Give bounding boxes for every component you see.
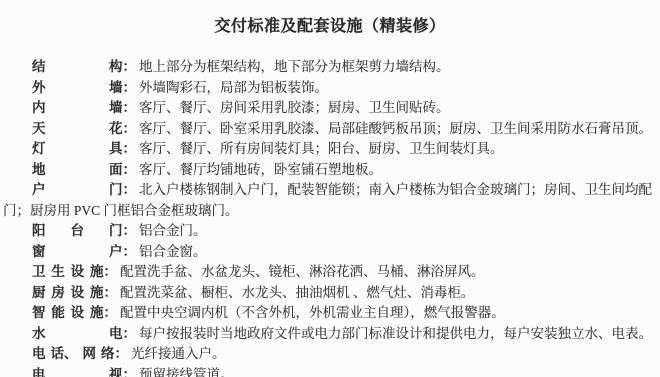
spec-row: 灯具：客厅、餐厅、所有房间装灯具；阳台、厨房、卫生间装灯具。	[3, 139, 656, 160]
spec-text: 客厅、餐厅、卧室采用乳胶漆、局部硅酸钙板吊顶；厨房、卫生间采用防水石膏吊顶。	[139, 121, 652, 136]
spec-label-char: 施：	[90, 262, 117, 283]
spec-label-char: 施：	[90, 283, 117, 304]
spec-text: 配置中央空调内机（不含外机，外机需业主自理），燃气报警器。	[120, 305, 505, 320]
spec-row: 电视：预留接线管道。	[3, 365, 656, 377]
spec-text: 铝合金窗。	[139, 244, 207, 259]
spec-row: 厨房设施：配置洗菜盆、橱柜、水龙头、抽油烟机 、燃气灶、消毒柜。	[3, 283, 656, 304]
spec-label-char: 电：	[109, 324, 136, 345]
spec-row: 天花：客厅、餐厅、卧室采用乳胶漆、局部硅酸钙板吊顶；厨房、卫生间采用防水石膏吊顶…	[3, 119, 656, 140]
spec-row: 地面：客厅、餐厅均铺地砖，卧室铺石塑地板。	[3, 160, 656, 181]
spec-label-char: 结	[32, 57, 46, 78]
spec-label: 外墙：	[32, 78, 136, 99]
spec-label-char: 台	[71, 221, 85, 242]
spec-label-char: 视：	[109, 365, 136, 377]
spec-text: 铝合金门。	[139, 223, 207, 238]
spec-text: 客厅、餐厅、所有房间装灯具；阳台、厨房、卫生间装灯具。	[139, 141, 504, 156]
spec-label-char: 构：	[109, 57, 136, 78]
spec-label: 智能设施：	[32, 303, 117, 324]
spec-label-char: 网	[83, 344, 97, 365]
spec-text: 地上部分为框架结构，地下部分为框架剪力墙结构。	[139, 59, 450, 74]
spec-label-char: 水	[32, 324, 46, 345]
spec-text: 配置洗菜盆、橱柜、水龙头、抽油烟机 、燃气灶、消毒柜。	[120, 285, 474, 300]
spec-label-char: 卫	[32, 262, 46, 283]
spec-row: 智能设施：配置中央空调内机（不含外机，外机需业主自理），燃气报警器。	[3, 303, 656, 324]
spec-text: 每户按报装时当地政府文件或电力部门标准设计和提供电力，每户安装独立水、电表。	[139, 326, 652, 341]
spec-label: 水电：	[32, 324, 136, 345]
spec-label-char: 设	[71, 262, 85, 283]
spec-label-char: 墙：	[109, 78, 136, 99]
spec-label: 灯具：	[32, 139, 136, 160]
spec-row: 电话、网络：光纤接通入户。	[3, 344, 656, 365]
spec-label-char: 电	[32, 365, 46, 377]
spec-text: 客厅、餐厅均铺地砖，卧室铺石塑地板。	[139, 162, 382, 177]
spec-label-char: 电	[32, 344, 46, 365]
spec-text: 预留接线管道。	[139, 367, 234, 377]
spec-label-char: 门：	[109, 221, 136, 242]
spec-label: 阳台门：	[32, 221, 136, 242]
page-title: 交付标准及配套设施（精装修）	[0, 0, 660, 36]
document-page: 交付标准及配套设施（精装修） 结构：地上部分为框架结构，地下部分为框架剪力墙结构…	[0, 0, 660, 377]
spec-label: 窗户：	[32, 242, 136, 263]
spec-label-char: 阳	[32, 221, 46, 242]
spec-row: 卫生设施：配置洗手盆、水盆龙头、镜柜、淋浴花洒、马桶、淋浴屏风。	[3, 262, 656, 283]
spec-label: 内墙：	[32, 98, 136, 119]
spec-label-char: 花：	[109, 119, 136, 140]
spec-label: 电视：	[32, 365, 136, 377]
spec-label-char: 设	[71, 303, 85, 324]
spec-label-char: 智	[32, 303, 46, 324]
spec-label: 厨房设施：	[32, 283, 117, 304]
spec-label-char: 设	[71, 283, 85, 304]
spec-row: 内墙：客厅、餐厅、房间采用乳胶漆；厨房、卫生间贴砖。	[3, 98, 656, 119]
spec-row: 户门：北入户楼栋钢制入户门，配装智能锁；南入户楼栋为铝合金玻璃门；房间、卫生间均…	[3, 180, 656, 221]
spec-label-char: 具：	[109, 139, 136, 160]
spec-label-char: 窗	[32, 242, 46, 263]
spec-label-char: 厨	[32, 283, 46, 304]
spec-text: 光纤接通入户。	[131, 346, 226, 361]
spec-label-char: 户：	[109, 242, 136, 263]
spec-label-char: 话、	[51, 344, 78, 365]
spec-label-char: 面：	[109, 160, 136, 181]
spec-label: 卫生设施：	[32, 262, 117, 283]
spec-label: 户门：	[32, 180, 136, 201]
spec-label-char: 生	[51, 262, 65, 283]
spec-label: 结构：	[32, 57, 136, 78]
spec-list: 结构：地上部分为框架结构，地下部分为框架剪力墙结构。外墙：外墙陶彩石，局部为铝板…	[3, 57, 656, 377]
spec-label-char: 络：	[101, 344, 128, 365]
spec-text: 客厅、餐厅、房间采用乳胶漆；厨房、卫生间贴砖。	[139, 100, 450, 115]
spec-label: 电话、网络：	[32, 344, 128, 365]
spec-label-char: 灯	[32, 139, 46, 160]
spec-label: 地面：	[32, 160, 136, 181]
spec-row: 水电：每户按报装时当地政府文件或电力部门标准设计和提供电力，每户安装独立水、电表…	[3, 324, 656, 345]
spec-label-char: 外	[32, 78, 46, 99]
spec-row: 阳台门：铝合金门。	[3, 221, 656, 242]
spec-row: 外墙：外墙陶彩石，局部为铝板装饰。	[3, 78, 656, 99]
spec-text: 配置洗手盆、水盆龙头、镜柜、淋浴花洒、马桶、淋浴屏风。	[120, 264, 485, 279]
spec-label-char: 能	[51, 303, 65, 324]
spec-label-char: 天	[32, 119, 46, 140]
spec-label-char: 施：	[90, 303, 117, 324]
spec-label-char: 内	[32, 98, 46, 119]
spec-label-char: 地	[32, 160, 46, 181]
spec-text: 外墙陶彩石，局部为铝板装饰。	[139, 80, 328, 95]
spec-label-char: 房	[51, 283, 65, 304]
spec-row: 窗户：铝合金窗。	[3, 242, 656, 263]
spec-label-char: 门：	[109, 180, 136, 201]
spec-label-char: 户	[32, 180, 46, 201]
spec-row: 结构：地上部分为框架结构，地下部分为框架剪力墙结构。	[3, 57, 656, 78]
spec-label-char: 墙：	[109, 98, 136, 119]
spec-label: 天花：	[32, 119, 136, 140]
